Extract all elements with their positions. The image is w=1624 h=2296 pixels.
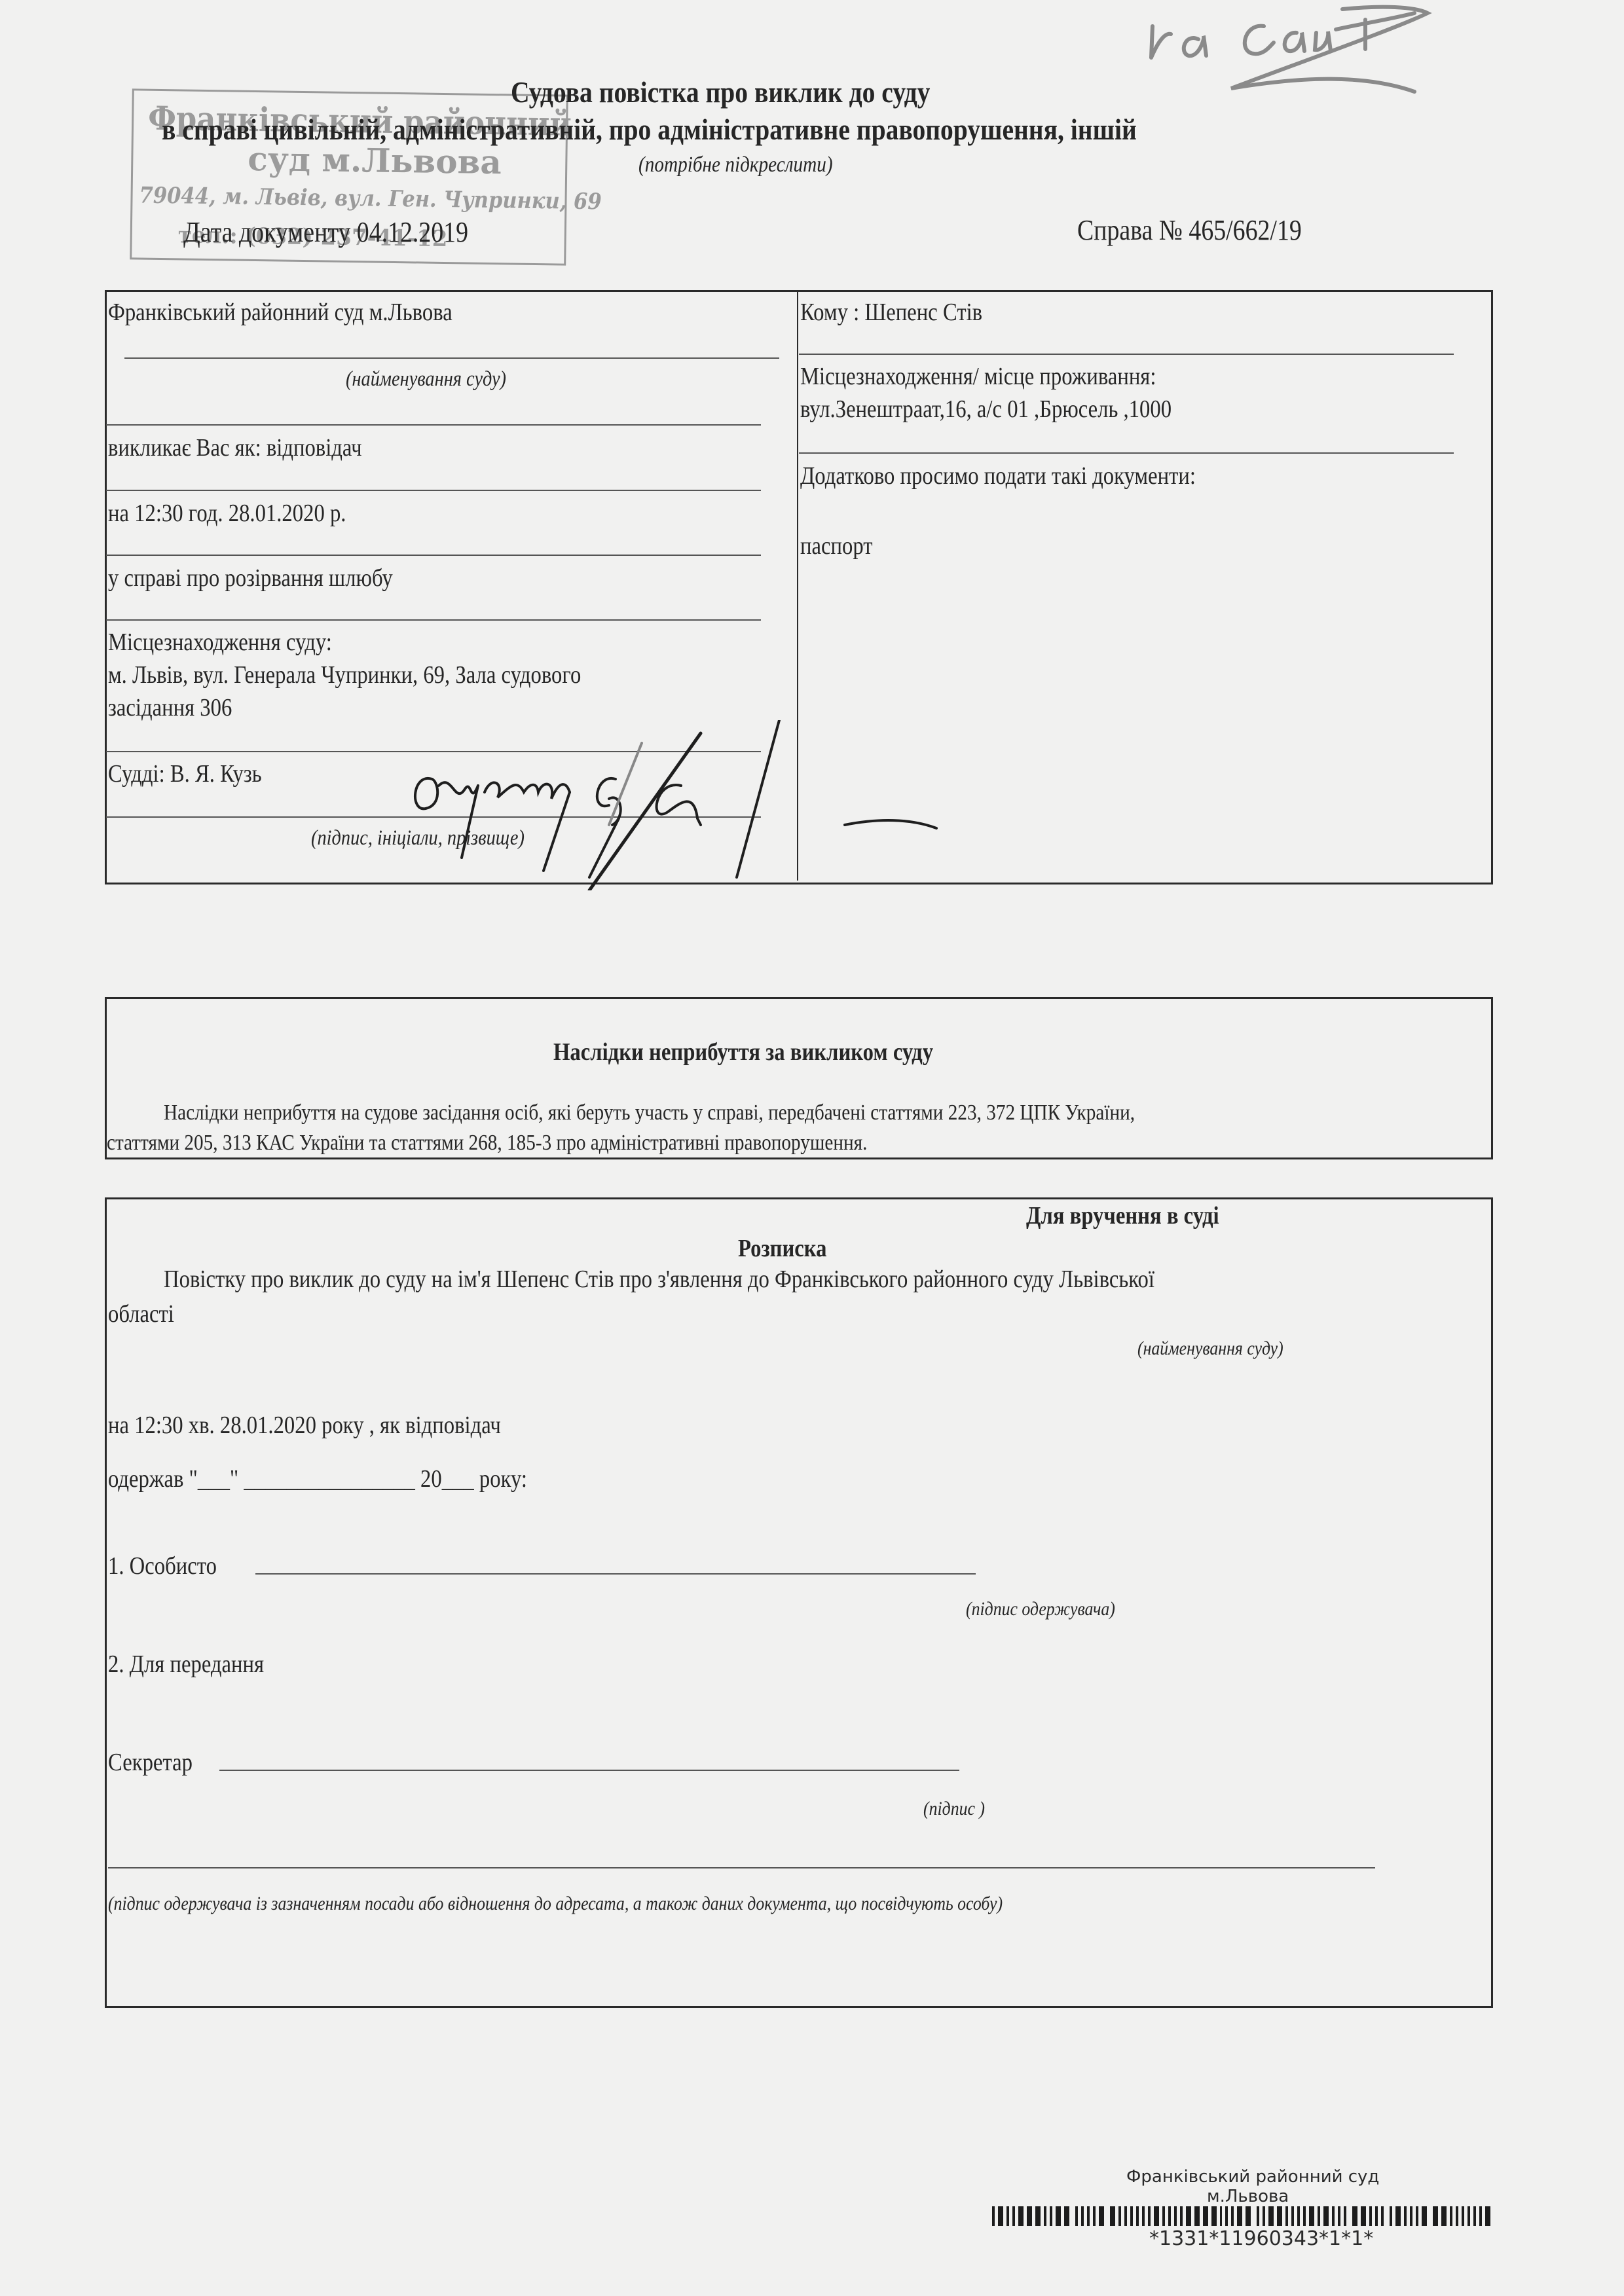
summons-column-divider	[797, 291, 798, 881]
recipient-details-field[interactable]	[108, 1867, 1375, 1868]
documents-value: паспорт	[800, 534, 873, 558]
barcode-text: *1331*11960343*1*1*	[1149, 2227, 1373, 2250]
recipient-address: вул.Зенештраат,16, а/с 01 ,Брюсель ,1000	[800, 397, 1172, 422]
receipt-title: Розписка	[738, 1236, 826, 1261]
court-location-line-2: засідання 306	[108, 695, 232, 720]
document-date: Дата документу 04.12.2019	[183, 218, 468, 247]
document-title: Судова повістка про виклик до суду	[511, 77, 930, 107]
personally-signature-field[interactable]	[255, 1573, 976, 1575]
divider-line	[799, 354, 1454, 355]
document-subtitle: в справі цивільній, адміністративній, пр…	[162, 115, 1137, 145]
case-number-label: Справа №	[1077, 214, 1183, 246]
personally-label: 1. Особисто	[108, 1554, 217, 1578]
transfer-label: 2. Для передання	[108, 1652, 264, 1677]
secretary-signature-caption: (підпис )	[923, 1799, 985, 1819]
secretary-label: Секретар	[108, 1750, 193, 1775]
issuer-line-2: м.Львова	[1207, 2187, 1289, 2206]
consequences-text-line-2: статтями 205, 313 КАС України та статтям…	[107, 1132, 867, 1154]
court-location-line-1: м. Львів, вул. Генерала Чупринки, 69, За…	[108, 663, 581, 687]
receipt-line-1-cont: області	[108, 1302, 174, 1326]
recipient-name: Кому : Шепенс Стів	[800, 300, 982, 325]
divider-line	[106, 751, 761, 752]
signature-line	[106, 816, 761, 818]
barcode	[992, 2206, 1496, 2226]
secretary-signature-field[interactable]	[219, 1770, 959, 1771]
divider-line	[106, 490, 761, 491]
documents-label: Додатково просимо подати такі документи:	[800, 464, 1196, 488]
document-date-label: Дата документу	[183, 216, 350, 248]
receipt-hearing-time: на 12:30 хв. 28.01.2020 року , як відпов…	[108, 1413, 501, 1438]
consequences-title: Наслідки неприбуття за викликом суду	[553, 1040, 933, 1065]
receipt-footer-caption: (підпис одержувача із зазначенням посади…	[108, 1894, 1003, 1914]
case-subject: у справі про розірвання шлюбу	[108, 566, 393, 591]
underline-hint: (потрібне підкреслити)	[638, 154, 833, 176]
recipient-signature-caption: (підпис одержувача)	[966, 1599, 1115, 1619]
court-name-caption: (найменування суду)	[346, 369, 506, 390]
court-name: Франківський районний суд м.Львова	[108, 300, 452, 325]
signature-caption: (підпис, ініціали, прізвище)	[311, 828, 525, 849]
divider-line	[799, 452, 1454, 454]
court-location-label: Місцезнаходження суду:	[108, 630, 332, 655]
judge-name: Судді: В. Я. Кузь	[108, 761, 262, 786]
consequences-text-line-1: Наслідки неприбуття на судове засідання …	[164, 1102, 1135, 1124]
receipt-tag: Для вручення в суді	[1026, 1203, 1219, 1228]
receipt-line-1: Повістку про виклик до суду на ім'я Шепе…	[164, 1267, 1154, 1292]
case-number-value: 465/662/19	[1189, 214, 1301, 246]
received-date-line: одержав "___" ________________ 20___ рок…	[108, 1467, 527, 1491]
hearing-time: на 12:30 год. 28.01.2020 р.	[108, 501, 346, 526]
divider-line	[106, 619, 761, 621]
document-date-value: 04.12.2019	[357, 216, 468, 248]
receipt-box	[105, 1197, 1493, 2008]
recipient-address-label: Місцезнаходження/ місце проживання:	[800, 364, 1156, 389]
divider-line	[106, 424, 761, 426]
divider-line	[106, 555, 761, 556]
court-name-line	[124, 357, 779, 359]
handwritten-note	[1139, 0, 1506, 105]
issuer-line-1: Франківський районний суд	[1126, 2167, 1379, 2187]
case-number: Справа № 465/662/19	[1077, 216, 1302, 245]
role-line: викликає Вас як: відповідач	[108, 435, 362, 460]
receipt-court-caption: (найменування суду)	[1137, 1339, 1283, 1358]
stamp-line-3: 79044, м. Львів, вул. Ген. Чупринки, 69	[139, 183, 602, 215]
